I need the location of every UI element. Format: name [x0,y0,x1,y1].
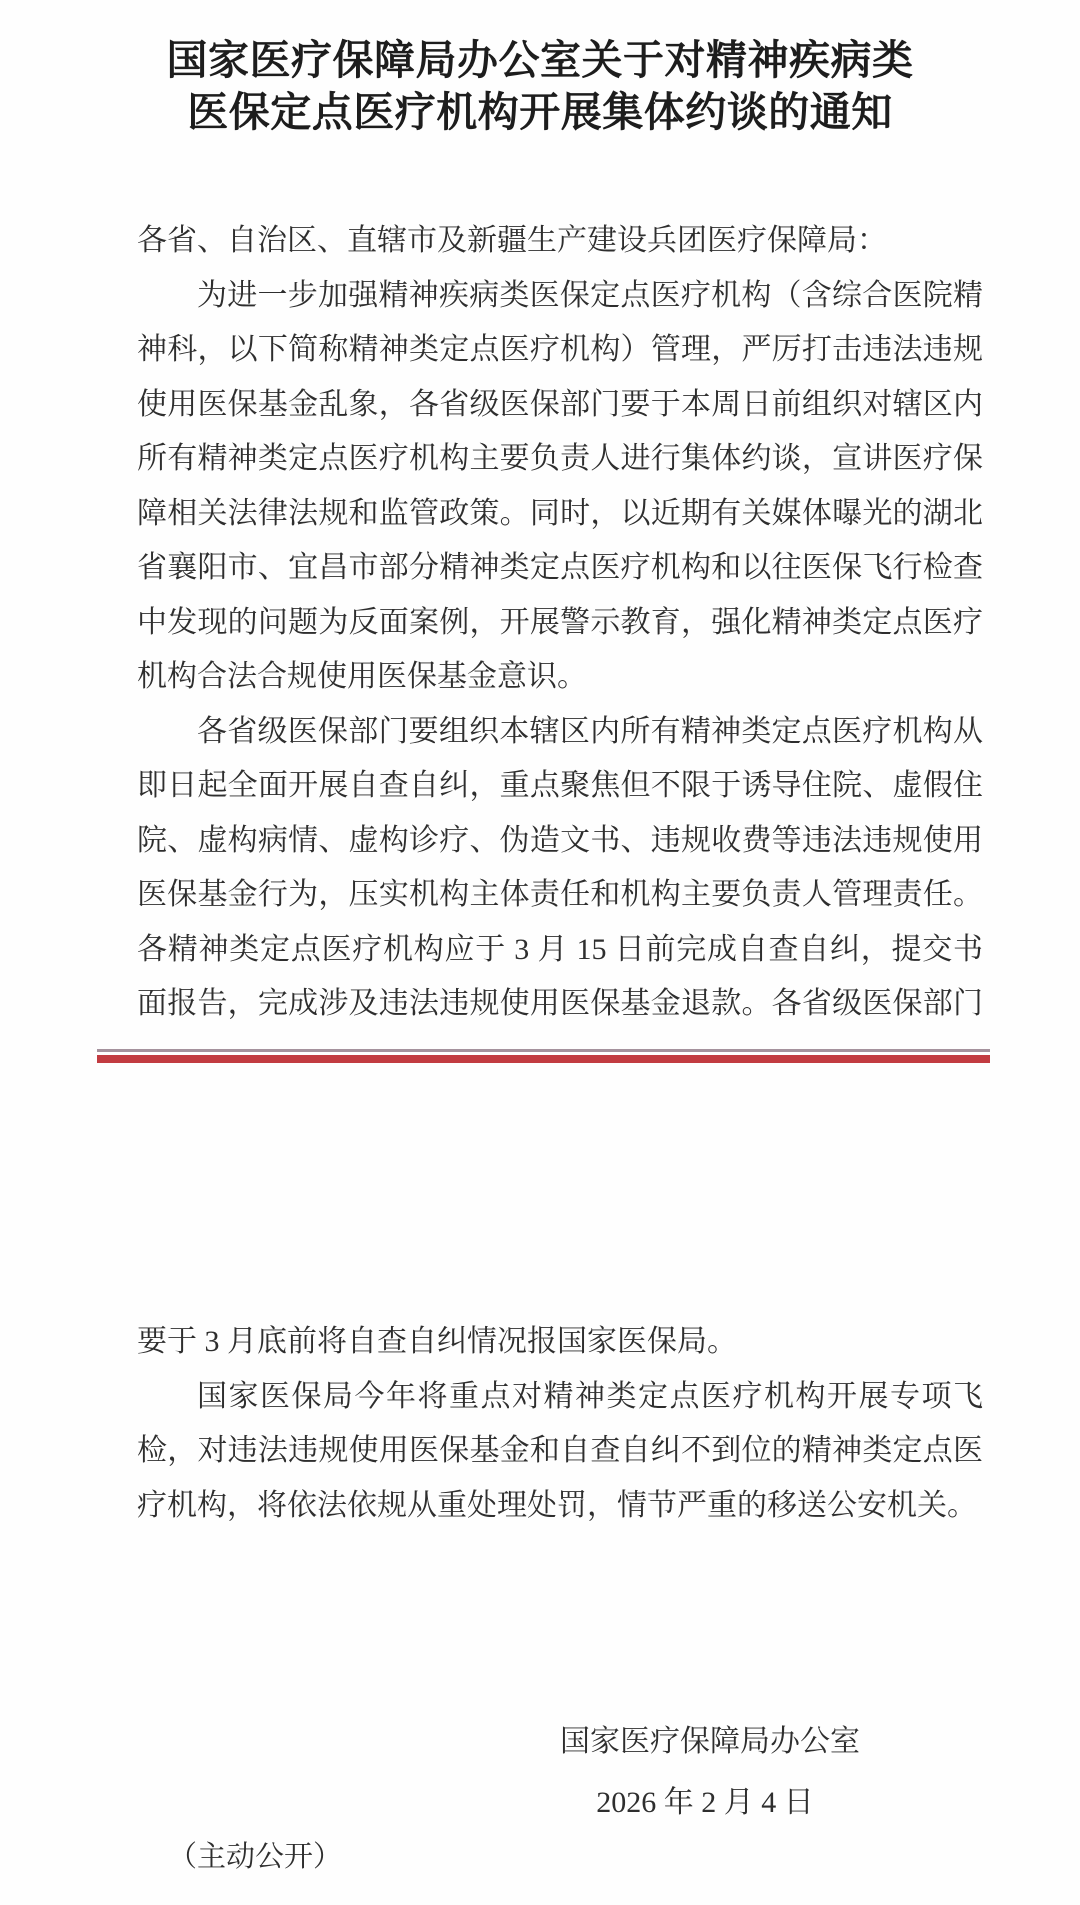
body-line: 要于 3 月底前将自查自纠情况报国家医保局。 [137,1315,983,1370]
document-body-page-2: 要于 3 月底前将自查自纠情况报国家医保局。 国家医保局今年将重点对精神类定点医… [137,1315,983,1533]
body-line: 检，对违法违规使用医保基金和自查自纠不到位的精神类定点医 [137,1424,983,1479]
body-line: 为进一步加强精神疾病类医保定点医疗机构（含综合医院精 [137,269,983,324]
body-line: 使用医保基金乱象，各省级医保部门要于本周日前组织对辖区内 [137,378,983,433]
body-line: 各省级医保部门要组织本辖区内所有精神类定点医疗机构从 [137,705,983,760]
salutation-line: 各省、自治区、直辖市及新疆生产建设兵团医疗保障局： [137,214,983,269]
body-line: 国家医保局今年将重点对精神类定点医疗机构开展专项飞 [137,1370,983,1425]
document-title-line-2: 医保定点医疗机构开展集体约谈的通知 [0,86,1080,138]
document-title-line-1: 国家医疗保障局办公室关于对精神疾病类 [0,34,1080,86]
divider-thick-line [97,1055,990,1063]
body-line: 疗机构，将依法依规从重处理处罚，情节严重的移送公安机关。 [137,1479,983,1534]
body-line: 即日起全面开展自查自纠，重点聚焦但不限于诱导住院、虚假住 [137,759,983,814]
body-line: 面报告，完成涉及违法违规使用医保基金退款。各省级医保部门 [137,977,983,1032]
signature-date: 2026 年 2 月 4 日 [560,1783,850,1823]
document-body-page-1: 各省、自治区、直辖市及新疆生产建设兵团医疗保障局： 为进一步加强精神疾病类医保定… [137,214,983,1032]
body-line: 院、虚构病情、虚构诊疗、伪造文书、违规收费等违法违规使用 [137,814,983,869]
body-line: 中发现的问题为反面案例，开展警示教育，强化精神类定点医疗 [137,596,983,651]
disclosure-note: （主动公开） [168,1838,342,1876]
body-line: 神科，以下简称精神类定点医疗机构）管理，严厉打击违法违规 [137,323,983,378]
signature-org: 国家医疗保障局办公室 [560,1722,860,1762]
body-line: 各精神类定点医疗机构应于 3 月 15 日前完成自查自纠，提交书 [137,923,983,978]
body-line: 障相关法律法规和监管政策。同时，以近期有关媒体曝光的湖北 [137,487,983,542]
document-page: 国家医疗保障局办公室关于对精神疾病类 医保定点医疗机构开展集体约谈的通知 各省、… [0,0,1080,1905]
body-line: 省襄阳市、宜昌市部分精神类定点医疗机构和以往医保飞行检查 [137,541,983,596]
body-line: 医保基金行为，压实机构主体责任和机构主要负责人管理责任。 [137,868,983,923]
page-break-divider [97,1049,990,1063]
body-line: 机构合法合规使用医保基金意识。 [137,650,983,705]
body-line: 所有精神类定点医疗机构主要负责人进行集体约谈，宣讲医疗保 [137,432,983,487]
document-title: 国家医疗保障局办公室关于对精神疾病类 医保定点医疗机构开展集体约谈的通知 [0,34,1080,138]
